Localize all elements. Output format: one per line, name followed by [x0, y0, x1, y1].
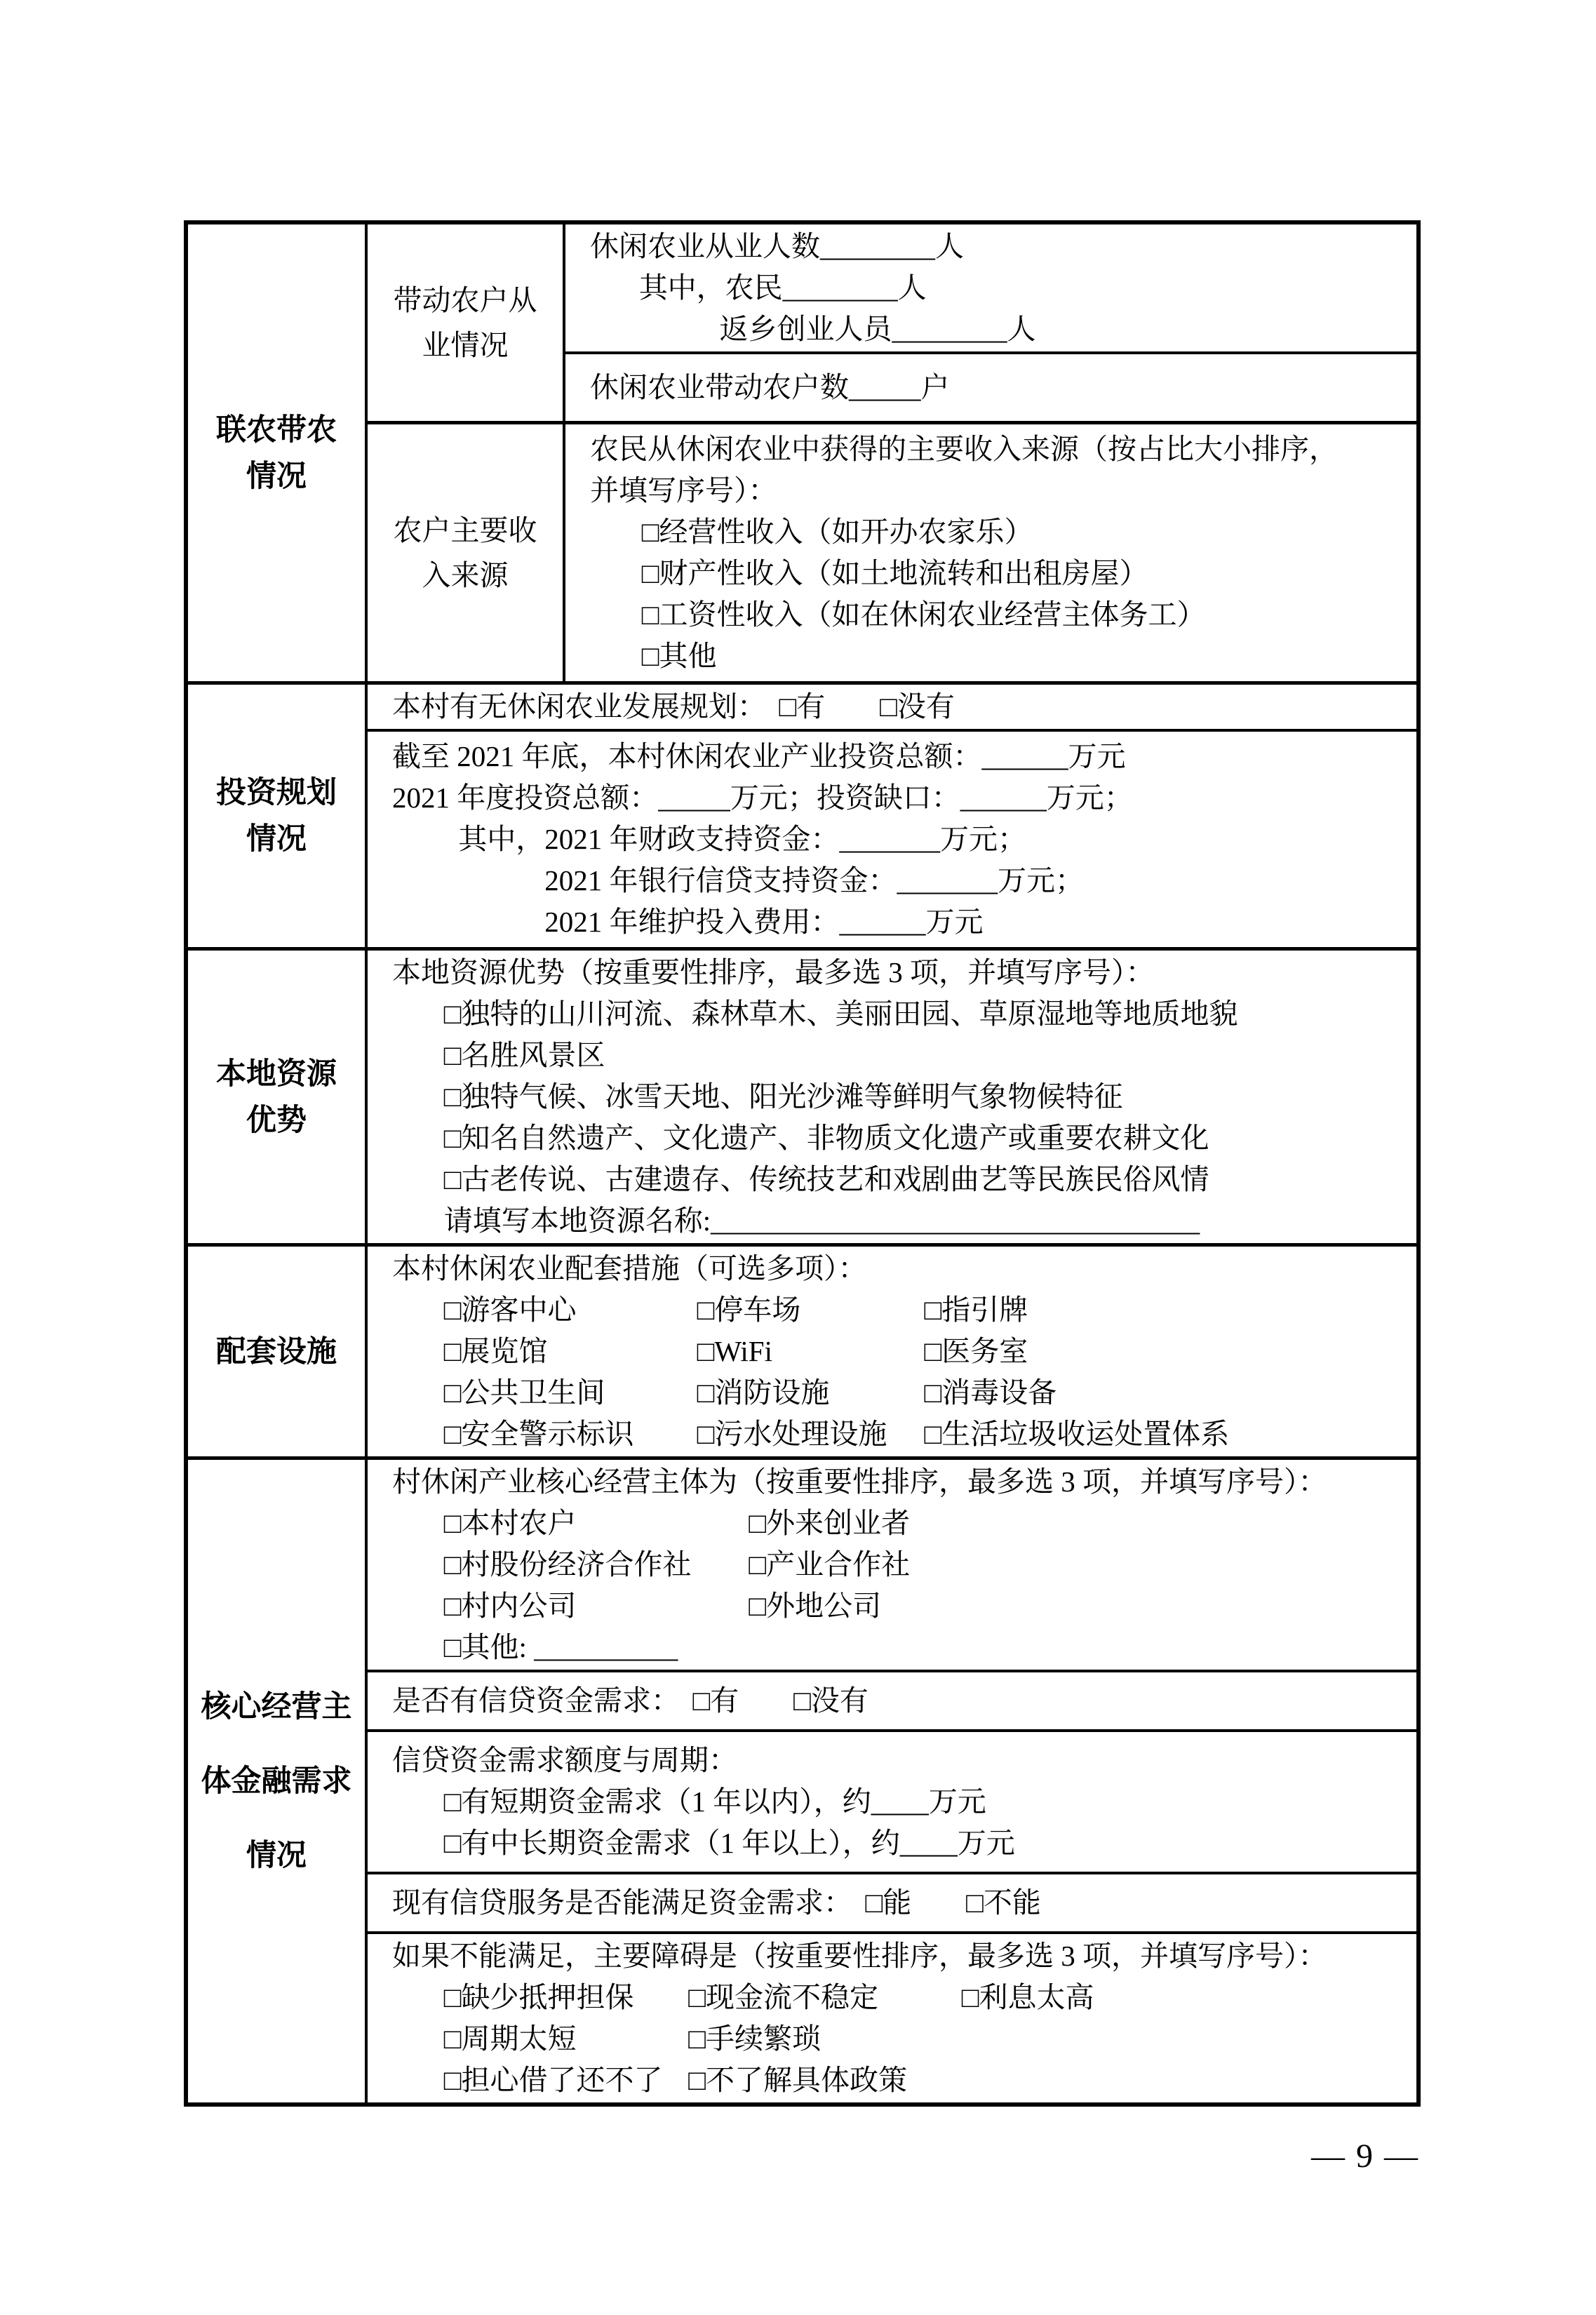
barrier-intro: 如果不能满足，主要障碍是（按重要性排序，最多选 3 项，并填写序号）： [392, 1935, 1404, 1977]
fill-in-line-maintenance[interactable]: 2021 年维护投入费用：______万元 [392, 901, 1404, 943]
row-header-label: 配套设施 [216, 1329, 337, 1375]
plan-question-row: 本村有无休闲农业发展规划：□有□没有 [368, 685, 1416, 729]
row-header-label: 联农带农 情况 [216, 407, 337, 499]
checkbox-option-village-coop[interactable]: □村股份经济合作社 [444, 1544, 749, 1585]
subrow-employment: 带动农户从 业情况 休闲农业从业人数________人 其中，农民_______… [368, 224, 1416, 421]
checkbox-option-folklore[interactable]: □古老传说、古建遗存、传统技艺和戏剧曲艺等民族民俗风情 [444, 1159, 1404, 1200]
households-cell: 休闲农业带动农户数_____户 [565, 351, 1416, 421]
sub-header-employment: 带动农户从 业情况 [368, 224, 565, 421]
fill-in-line-bank-credit[interactable]: 2021 年银行信贷支持资金：_______万元； [392, 860, 1404, 901]
checkbox-option-village-company[interactable]: □村内公司 [444, 1585, 749, 1627]
row-header-label: 本地资源 优势 [216, 1051, 337, 1143]
section-facilities-body: 本村休闲农业配套措施（可选多项）： □游客中心 □停车场 □指引牌 □展览馆 □… [368, 1247, 1416, 1456]
checkbox-option-high-interest[interactable]: □利息太高 [962, 1977, 1404, 2018]
checkbox-option-plan-no[interactable]: □没有 [880, 686, 955, 727]
subrow-income-source: 农户主要收 入来源 农民从休闲农业中获得的主要收入来源（按占比大小排序， 并填写… [368, 421, 1416, 681]
facilities-intro: 本村休闲农业配套措施（可选多项）： [392, 1248, 1404, 1289]
checkbox-option-credit-no[interactable]: □没有 [793, 1680, 869, 1722]
credit-amount-cell: 信贷资金需求额度与周期： □有短期资金需求（1 年以内），约____万元 □有中… [368, 1729, 1416, 1872]
row-header-local-resources: 本地资源 优势 [188, 951, 368, 1243]
checkbox-option-fire-equipment[interactable]: □消防设施 [697, 1372, 925, 1414]
checkbox-option-garbage-system[interactable]: □生活垃圾收运处置体系 [924, 1414, 1404, 1455]
checkbox-option-unstable-cashflow[interactable]: □现金流不稳定 [688, 1977, 962, 2018]
resources-intro: 本地资源优势（按重要性排序，最多选 3 项，并填写序号）： [392, 952, 1404, 993]
checkbox-option-public-toilet[interactable]: □公共卫生间 [444, 1372, 697, 1414]
fill-in-line-farmers[interactable]: 其中，农民________人 [590, 267, 1404, 309]
credit-amount-options: □有短期资金需求（1 年以内），约____万元 □有中长期资金需求（1 年以上）… [444, 1781, 1404, 1864]
sub-header-income-label: 农户主要收 入来源 [394, 508, 537, 598]
credit-need-label: 是否有信贷资金需求： [392, 1680, 680, 1722]
fill-in-line-returnees[interactable]: 返乡创业人员________人 [590, 309, 1404, 350]
fill-in-line-total-workers[interactable]: 休闲农业从业人数________人 [590, 226, 1404, 267]
survey-table: 联农带农 情况 带动农户从 业情况 休闲农业从业人数________人 其中，农… [184, 220, 1421, 2107]
checkbox-option-clinic[interactable]: □医务室 [924, 1331, 1404, 1372]
row-header-label: 核心经营主 体金融需求 情况 [201, 1670, 352, 1893]
credit-service-label: 现有信贷服务是否能满足资金需求： [392, 1882, 852, 1924]
section-investment-plan-body: 本村有无休闲农业发展规划：□有□没有 截至 2021 年底，本村休闲农业产业投资… [368, 685, 1416, 947]
section-facilities: 配套设施 本村休闲农业配套措施（可选多项）： □游客中心 □停车场 □指引牌 □… [188, 1243, 1416, 1456]
checkbox-option-local-farmers[interactable]: □本村农户 [444, 1503, 749, 1544]
checkbox-option-parking[interactable]: □停车场 [697, 1289, 925, 1331]
checkbox-option-signage[interactable]: □指引牌 [924, 1289, 1404, 1331]
sub-header-employment-label: 带动农户从 业情况 [394, 278, 537, 368]
resources-options: □独特的山川河流、森林草木、美丽田园、草原湿地等地质地貌 □名胜风景区 □独特气… [444, 993, 1404, 1242]
checkbox-option-plan-yes[interactable]: □有 [779, 686, 825, 727]
section-local-resources-body: 本地资源优势（按重要性排序，最多选 3 项，并填写序号）： □独特的山川河流、森… [368, 951, 1416, 1243]
checkbox-option-climate[interactable]: □独特气候、冰雪天地、阳光沙滩等鲜明气象物候特征 [444, 1076, 1404, 1118]
checkbox-option-credit-yes[interactable]: □有 [692, 1680, 739, 1722]
checkbox-option-service-can[interactable]: □能 [865, 1882, 911, 1924]
checkbox-option-property-income[interactable]: □财产性收入（如土地流转和出租房屋） [642, 553, 1404, 594]
income-source-intro: 农民从休闲农业中获得的主要收入来源（按占比大小排序， 并填写序号）： [590, 429, 1404, 511]
checkbox-option-outside-company[interactable]: □外地公司 [749, 1585, 1404, 1627]
section-local-resources: 本地资源 优势 本地资源优势（按重要性排序，最多选 3 项，并填写序号）： □独… [188, 947, 1416, 1243]
core-entity-options-grid: □本村农户 □外来创业者 □村股份经济合作社 □产业合作社 □村内公司 □外地公… [444, 1503, 1404, 1668]
checkbox-option-scenic-area[interactable]: □名胜风景区 [444, 1035, 1404, 1076]
checkbox-option-long-term[interactable]: □有中长期资金需求（1 年以上），约____万元 [444, 1823, 1404, 1864]
page-number: — 9 — [1311, 2135, 1419, 2178]
resources-cell: 本地资源优势（按重要性排序，最多选 3 项，并填写序号）： □独特的山川河流、森… [368, 951, 1416, 1243]
checkbox-option-outside-entrepreneurs[interactable]: □外来创业者 [749, 1503, 1404, 1544]
income-source-options: □经营性收入（如开办农家乐） □财产性收入（如土地流转和出租房屋） □工资性收入… [642, 511, 1404, 677]
checkbox-option-business-income[interactable]: □经营性收入（如开办农家乐） [642, 511, 1404, 553]
facilities-options-grid: □游客中心 □停车场 □指引牌 □展览馆 □WiFi □医务室 □公共卫生间 □… [444, 1289, 1404, 1455]
employment-count-cell: 休闲农业从业人数________人 其中，农民________人 返乡创业人员_… [565, 224, 1416, 351]
checkbox-option-fear-default[interactable]: □担心借了还不了 [444, 2060, 689, 2101]
credit-need-row: 是否有信贷资金需求：□有□没有 [368, 1670, 1416, 1729]
checkbox-option-other-income[interactable]: □其他 [642, 636, 1404, 677]
empty-grid-cell [962, 2018, 1404, 2060]
fill-in-line-total-investment[interactable]: 截至 2021 年底，本村休闲农业产业投资总额：______万元 [392, 736, 1404, 777]
row-header-label: 投资规划 情况 [216, 770, 337, 862]
checkbox-option-safety-signs[interactable]: □安全警示标识 [444, 1414, 697, 1455]
section-finance-demand: 核心经营主 体金融需求 情况 村休闲产业核心经营主体为（按重要性排序，最多选 3… [188, 1456, 1416, 2102]
barrier-options-grid: □缺少抵押担保 □现金流不稳定 □利息太高 □周期太短 □手续繁琐 □担心借了还… [444, 1977, 1404, 2101]
checkbox-option-wifi[interactable]: □WiFi [697, 1331, 925, 1372]
checkbox-option-unknown-policy[interactable]: □不了解具体政策 [688, 2060, 962, 2101]
checkbox-option-heritage[interactable]: □知名自然遗产、文化遗产、非物质文化遗产或重要农耕文化 [444, 1118, 1404, 1159]
checkbox-option-industry-coop[interactable]: □产业合作社 [749, 1544, 1404, 1585]
fill-in-line-resource-name[interactable]: 请填写本地资源名称:______________________________… [444, 1200, 1404, 1242]
barrier-cell: 如果不能满足，主要障碍是（按重要性排序，最多选 3 项，并填写序号）： □缺少抵… [368, 1931, 1416, 2102]
checkbox-option-service-cannot[interactable]: □不能 [966, 1882, 1041, 1924]
sub-header-income-source: 农户主要收 入来源 [368, 424, 565, 681]
credit-amount-intro: 信贷资金需求额度与周期： [392, 1740, 1404, 1781]
row-header-investment-plan: 投资规划 情况 [188, 685, 368, 947]
fill-in-line-households[interactable]: 休闲农业带动农户数_____户 [590, 367, 1404, 408]
checkbox-option-exhibition-hall[interactable]: □展览馆 [444, 1331, 697, 1372]
plan-question-label: 本村有无休闲农业发展规划： [392, 686, 766, 727]
checkbox-option-short-term[interactable]: □有短期资金需求（1 年以内），约____万元 [444, 1781, 1404, 1823]
checkbox-option-visitor-center[interactable]: □游客中心 [444, 1289, 697, 1331]
row-header-farmer-linkage: 联农带农 情况 [188, 224, 368, 681]
fill-in-line-fiscal-support[interactable]: 其中，2021 年财政支持资金：_______万元； [392, 819, 1404, 860]
row-header-facilities: 配套设施 [188, 1247, 368, 1456]
facilities-cell: 本村休闲农业配套措施（可选多项）： □游客中心 □停车场 □指引牌 □展览馆 □… [368, 1247, 1416, 1456]
fill-in-line-annual-investment[interactable]: 2021 年度投资总额：_____万元；投资缺口：______万元； [392, 777, 1404, 819]
section-farmer-linkage-body: 带动农户从 业情况 休闲农业从业人数________人 其中，农民_______… [368, 224, 1416, 681]
section-finance-demand-body: 村休闲产业核心经营主体为（按重要性排序，最多选 3 项，并填写序号）： □本村农… [368, 1460, 1416, 2102]
checkbox-option-no-collateral[interactable]: □缺少抵押担保 [444, 1977, 689, 2018]
checkbox-option-disinfection[interactable]: □消毒设备 [924, 1372, 1404, 1414]
section-investment-plan: 投资规划 情况 本村有无休闲农业发展规划：□有□没有 截至 2021 年底，本村… [188, 681, 1416, 947]
core-entity-intro: 村休闲产业核心经营主体为（按重要性排序，最多选 3 项，并填写序号）： [392, 1461, 1404, 1503]
checkbox-option-landscape[interactable]: □独特的山川河流、森林草木、美丽田园、草原湿地等地质地貌 [444, 993, 1404, 1035]
core-entity-cell: 村休闲产业核心经营主体为（按重要性排序，最多选 3 项，并填写序号）： □本村农… [368, 1460, 1416, 1670]
checkbox-option-complex-procedure[interactable]: □手续繁琐 [688, 2018, 962, 2060]
checkbox-option-other-entity[interactable]: □其他: __________ [444, 1627, 749, 1668]
section-farmer-linkage: 联农带农 情况 带动农户从 业情况 休闲农业从业人数________人 其中，农… [188, 224, 1416, 681]
checkbox-option-wage-income[interactable]: □工资性收入（如在休闲农业经营主体务工） [642, 594, 1404, 636]
empty-grid-cell [749, 1627, 1404, 1668]
checkbox-option-sewage[interactable]: □污水处理设施 [697, 1414, 925, 1455]
credit-service-row: 现有信贷服务是否能满足资金需求：□能□不能 [368, 1872, 1416, 1931]
empty-grid-cell [962, 2060, 1404, 2101]
checkbox-option-short-cycle[interactable]: □周期太短 [444, 2018, 689, 2060]
investment-detail-cell: 截至 2021 年底，本村休闲农业产业投资总额：______万元 2021 年度… [368, 729, 1416, 947]
row-header-finance-demand: 核心经营主 体金融需求 情况 [188, 1460, 368, 2102]
document-page: 联农带农 情况 带动农户从 业情况 休闲农业从业人数________人 其中，农… [0, 0, 1596, 2315]
employment-cells: 休闲农业从业人数________人 其中，农民________人 返乡创业人员_… [565, 224, 1416, 421]
income-source-cell: 农民从休闲农业中获得的主要收入来源（按占比大小排序， 并填写序号）： □经营性收… [565, 424, 1416, 681]
